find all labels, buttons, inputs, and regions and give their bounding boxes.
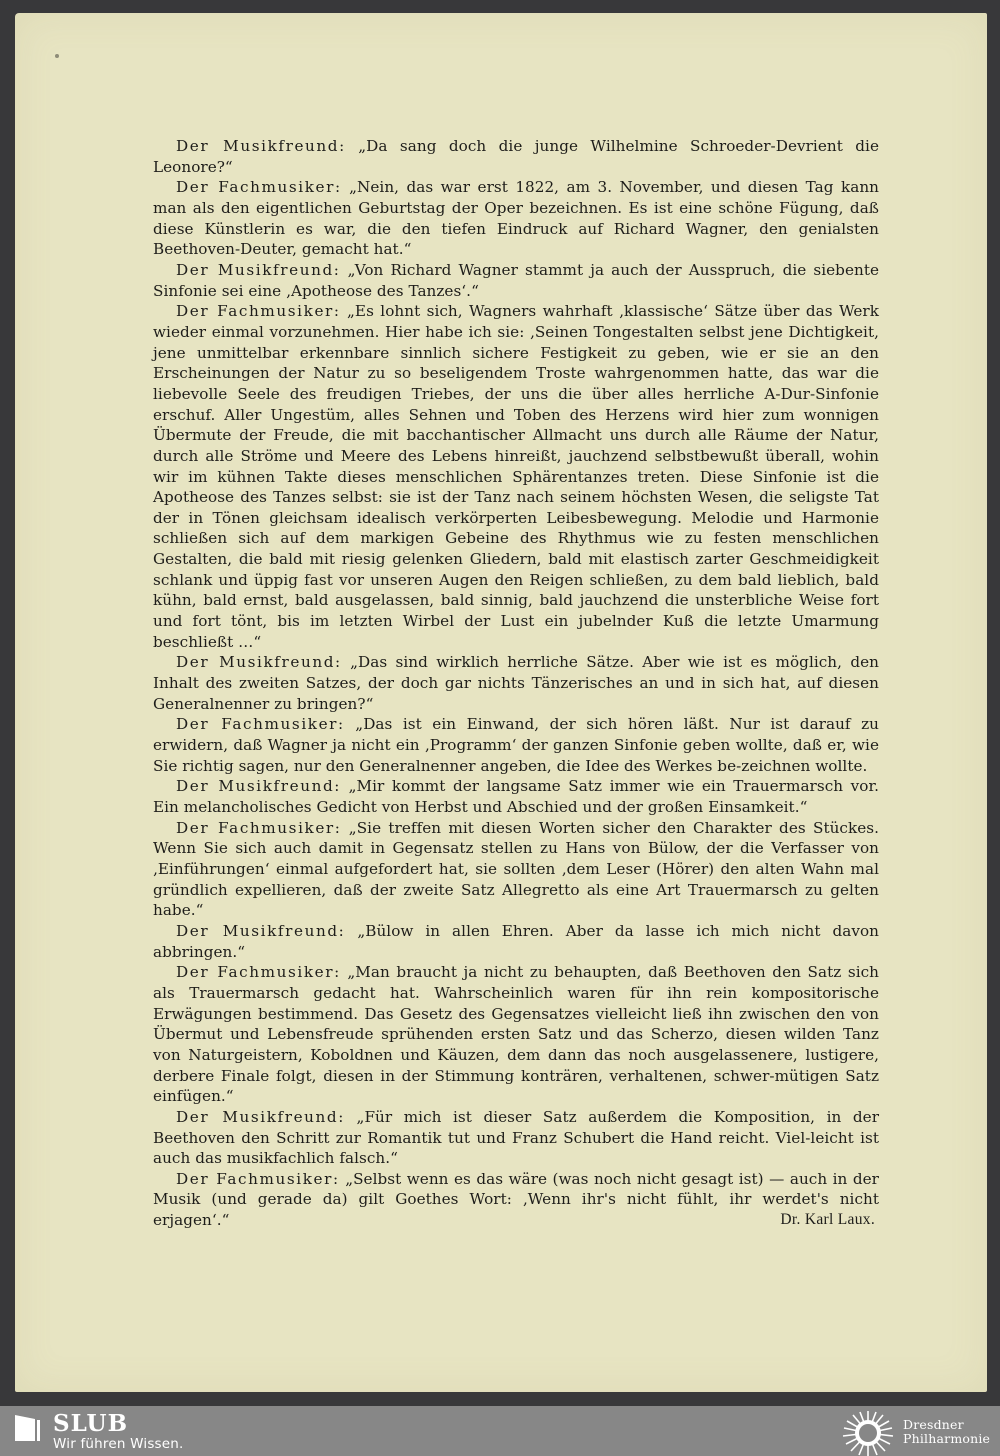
dp-name-line1: Dresdner — [903, 1418, 990, 1432]
speaker-label: Der Fachmusiker: — [176, 302, 341, 320]
paragraph-3: Der Musikfreund: „Von Richard Wagner sta… — [153, 260, 879, 301]
footer-bar: SLUB Wir führen Wissen. Dresdner P — [0, 1406, 1000, 1456]
speaker-label: Der Musikfreund: — [176, 137, 346, 155]
paragraph-12: Der Fachmusiker: „Selbst wenn es das wär… — [153, 1169, 879, 1231]
dresdner-philharmonie-sunburst-icon — [842, 1410, 894, 1456]
dresdner-philharmonie-name: Dresdner Philharmonie — [903, 1418, 990, 1446]
paragraph-1: Der Musikfreund: „Da sang doch die junge… — [153, 136, 879, 177]
paragraph-6: Der Fachmusiker: „Das ist ein Einwand, d… — [153, 714, 879, 776]
paper-speck — [55, 54, 59, 58]
paragraph-2: Der Fachmusiker: „Nein, das war erst 182… — [153, 177, 879, 260]
dialogue-text: Der Musikfreund: „Da sang doch die junge… — [153, 136, 879, 1231]
slub-name: SLUB — [53, 1411, 128, 1437]
scan-background: Der Musikfreund: „Da sang doch die junge… — [0, 0, 1000, 1406]
speaker-label: Der Fachmusiker: — [176, 1170, 340, 1188]
speaker-label: Der Fachmusiker: — [176, 178, 342, 196]
paragraph-10: Der Fachmusiker: „Man braucht ja nicht z… — [153, 962, 879, 1107]
speaker-label: Der Musikfreund: — [176, 922, 345, 940]
speaker-label: Der Fachmusiker: — [176, 819, 342, 837]
paragraph-text: „Man braucht ja nicht zu behaupten, daß … — [153, 963, 879, 1105]
paragraph-7: Der Musikfreund: „Mir kommt der langsame… — [153, 776, 879, 817]
slub-book-icon — [13, 1414, 41, 1442]
speaker-label: Der Musikfreund: — [176, 1108, 345, 1126]
paragraph-9: Der Musikfreund: „Bülow in allen Ehren. … — [153, 921, 879, 962]
speaker-label: Der Musikfreund: — [176, 653, 342, 671]
speaker-label: Der Musikfreund: — [176, 261, 341, 279]
paragraph-5: Der Musikfreund: „Das sind wirklich herr… — [153, 652, 879, 714]
author-signature: Dr. Karl Laux. — [757, 1210, 875, 1231]
paragraph-8: Der Fachmusiker: „Sie treffen mit diesen… — [153, 818, 879, 921]
paragraph-4: Der Fachmusiker: „Es lohnt sich, Wagners… — [153, 301, 879, 652]
speaker-label: Der Fachmusiker: — [176, 715, 345, 733]
speaker-label: Der Musikfreund: — [176, 777, 341, 795]
paragraph-text: „Es lohnt sich, Wagners wahrhaft ‚klassi… — [153, 302, 879, 651]
dp-name-line2: Philharmonie — [903, 1432, 990, 1446]
speaker-label: Der Fachmusiker: — [176, 963, 341, 981]
slub-tagline: Wir führen Wissen. — [53, 1436, 184, 1452]
paragraph-11: Der Musikfreund: „Für mich ist dieser Sa… — [153, 1107, 879, 1169]
